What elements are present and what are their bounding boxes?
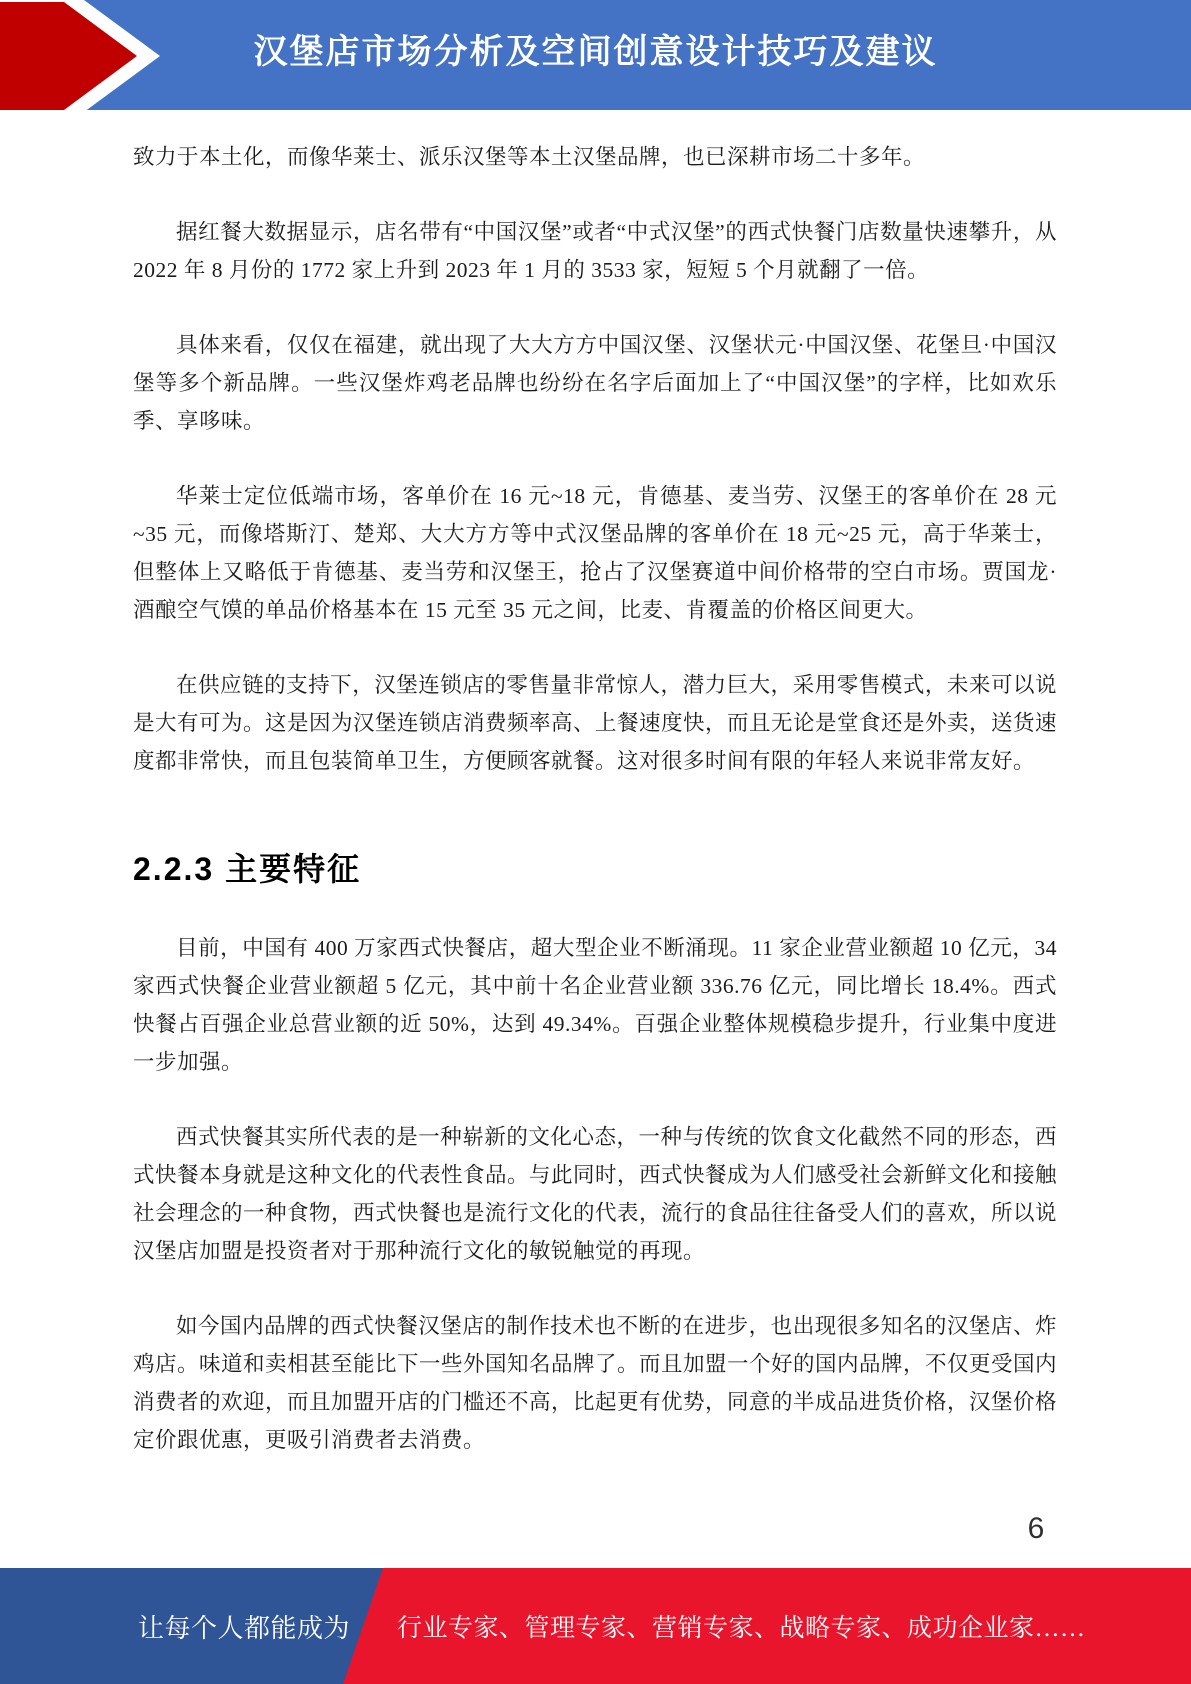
paragraph: 具体来看，仅仅在福建，就出现了大大方方中国汉堡、汉堡状元·中国汉堡、花堡旦·中国… [133,326,1057,440]
paragraph: 西式快餐其实所代表的是一种崭新的文化心态，一种与传统的饮食文化截然不同的形态，西… [133,1118,1057,1270]
document-body: 致力于本土化，而像华莱士、派乐汉堡等本土汉堡品牌，也已深耕市场二十多年。 据红餐… [133,138,1057,1496]
paragraph: 目前，中国有 400 万家西式快餐店，超大型企业不断涌现。11 家企业营业额超 … [133,929,1057,1081]
paragraph: 致力于本土化，而像华莱士、派乐汉堡等本土汉堡品牌，也已深耕市场二十多年。 [133,138,1057,176]
document-page: 汉堡店市场分析及空间创意设计技巧及建议 致力于本土化，而像华莱士、派乐汉堡等本土… [0,0,1191,1684]
paragraph: 华莱士定位低端市场，客单价在 16 元~18 元，肯德基、麦当劳、汉堡王的客单价… [133,477,1057,629]
footer-banner: 让每个人都能成为 行业专家、管理专家、营销专家、战略专家、成功企业家…… [0,1568,1191,1684]
page-number: 6 [1016,1512,1056,1546]
footer-slogan-left: 让每个人都能成为 [138,1568,350,1684]
paragraph: 据红餐大数据显示，店名带有“中国汉堡”或者“中式汉堡”的西式快餐门店数量快速攀升… [133,213,1057,289]
footer-slogan-right: 行业专家、管理专家、营销专家、战略专家、成功企业家…… [397,1568,1086,1684]
header-banner: 汉堡店市场分析及空间创意设计技巧及建议 [0,0,1191,110]
paragraph: 在供应链的支持下，汉堡连锁店的零售量非常惊人，潜力巨大，采用零售模式，未来可以说… [133,666,1057,780]
section-heading: 2.2.3 主要特征 [133,845,1057,893]
page-title: 汉堡店市场分析及空间创意设计技巧及建议 [0,0,1191,110]
paragraph: 如今国内品牌的西式快餐汉堡店的制作技术也不断的在进步，也出现很多知名的汉堡店、炸… [133,1307,1057,1459]
